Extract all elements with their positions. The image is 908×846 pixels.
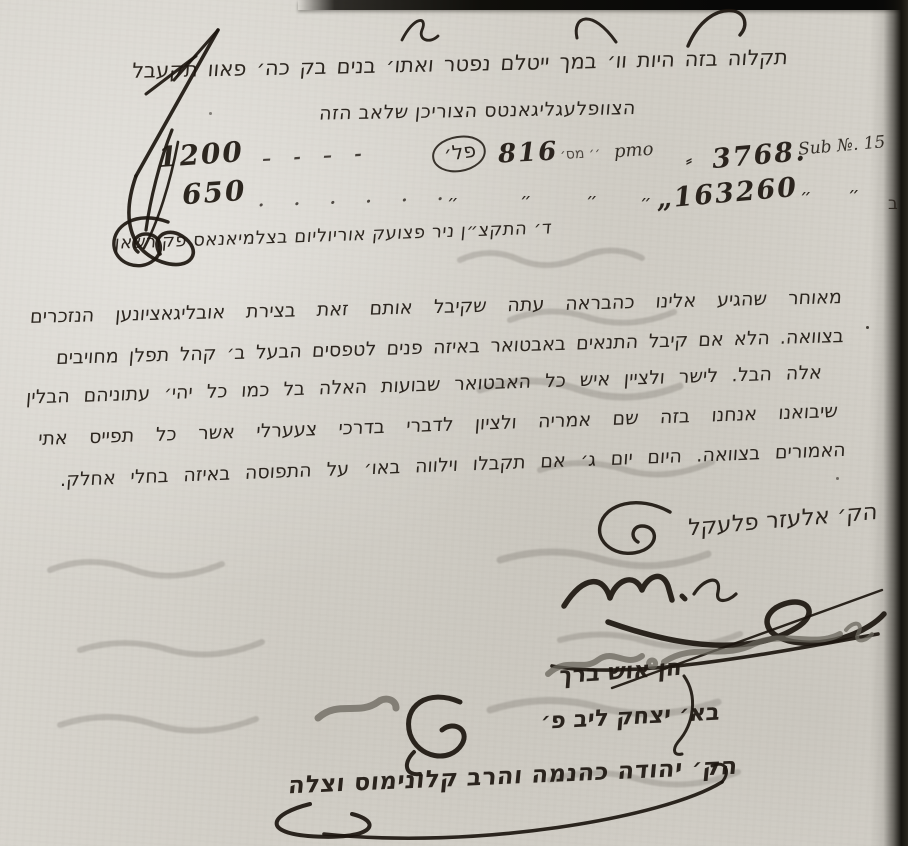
header-line-2: הצוופלעגליגאנטס הצוריכן שלאב הזה — [299, 97, 637, 125]
ditto-mark-1: ״ — [447, 192, 459, 213]
closing-signature-loop — [592, 498, 676, 564]
amount-650: 650 — [181, 174, 248, 211]
amount-1200: 1200 — [157, 135, 245, 174]
row1-dashes: – ‑ – ‑ — [262, 143, 371, 170]
bleedthrough-marks-left — [30, 540, 330, 760]
ditto-mark-3: ״ — [586, 190, 598, 211]
ditto-mark-6: ״ — [848, 184, 860, 205]
ditto-mark-4: ״ — [640, 192, 652, 213]
circled-abbreviation: פל׳ — [430, 132, 489, 175]
pencil-smudge — [312, 688, 402, 728]
amount-163260: „163260 — [655, 172, 799, 215]
row1-equals-mark: ⸗ — [686, 150, 694, 171]
row1-small-marks: ׳׳ מס׳ — [560, 145, 601, 163]
community-underline-flourish — [244, 756, 744, 836]
amount-816: 816 — [497, 136, 559, 169]
ditto-mark-2: ״ — [520, 190, 532, 211]
small-c-flourish — [568, 6, 624, 48]
amount-3768: 3768. — [711, 136, 808, 175]
ditto-mark-5: ״ — [800, 186, 812, 207]
small-s-flourish — [398, 12, 444, 48]
ink-speck — [836, 477, 839, 480]
label-pl-circled: פל׳ — [432, 136, 486, 172]
top-check-flourish — [680, 2, 775, 52]
manuscript-scan: תקלוה בזה היות וו׳ במך ייטלם נפטר ואתו׳ … — [0, 0, 908, 846]
primo-abbreviation: pmo — [613, 139, 654, 163]
row2-dots: . . . . . . — [258, 185, 456, 212]
ink-speck — [866, 326, 869, 329]
row2-end-mark: ב — [888, 194, 898, 214]
